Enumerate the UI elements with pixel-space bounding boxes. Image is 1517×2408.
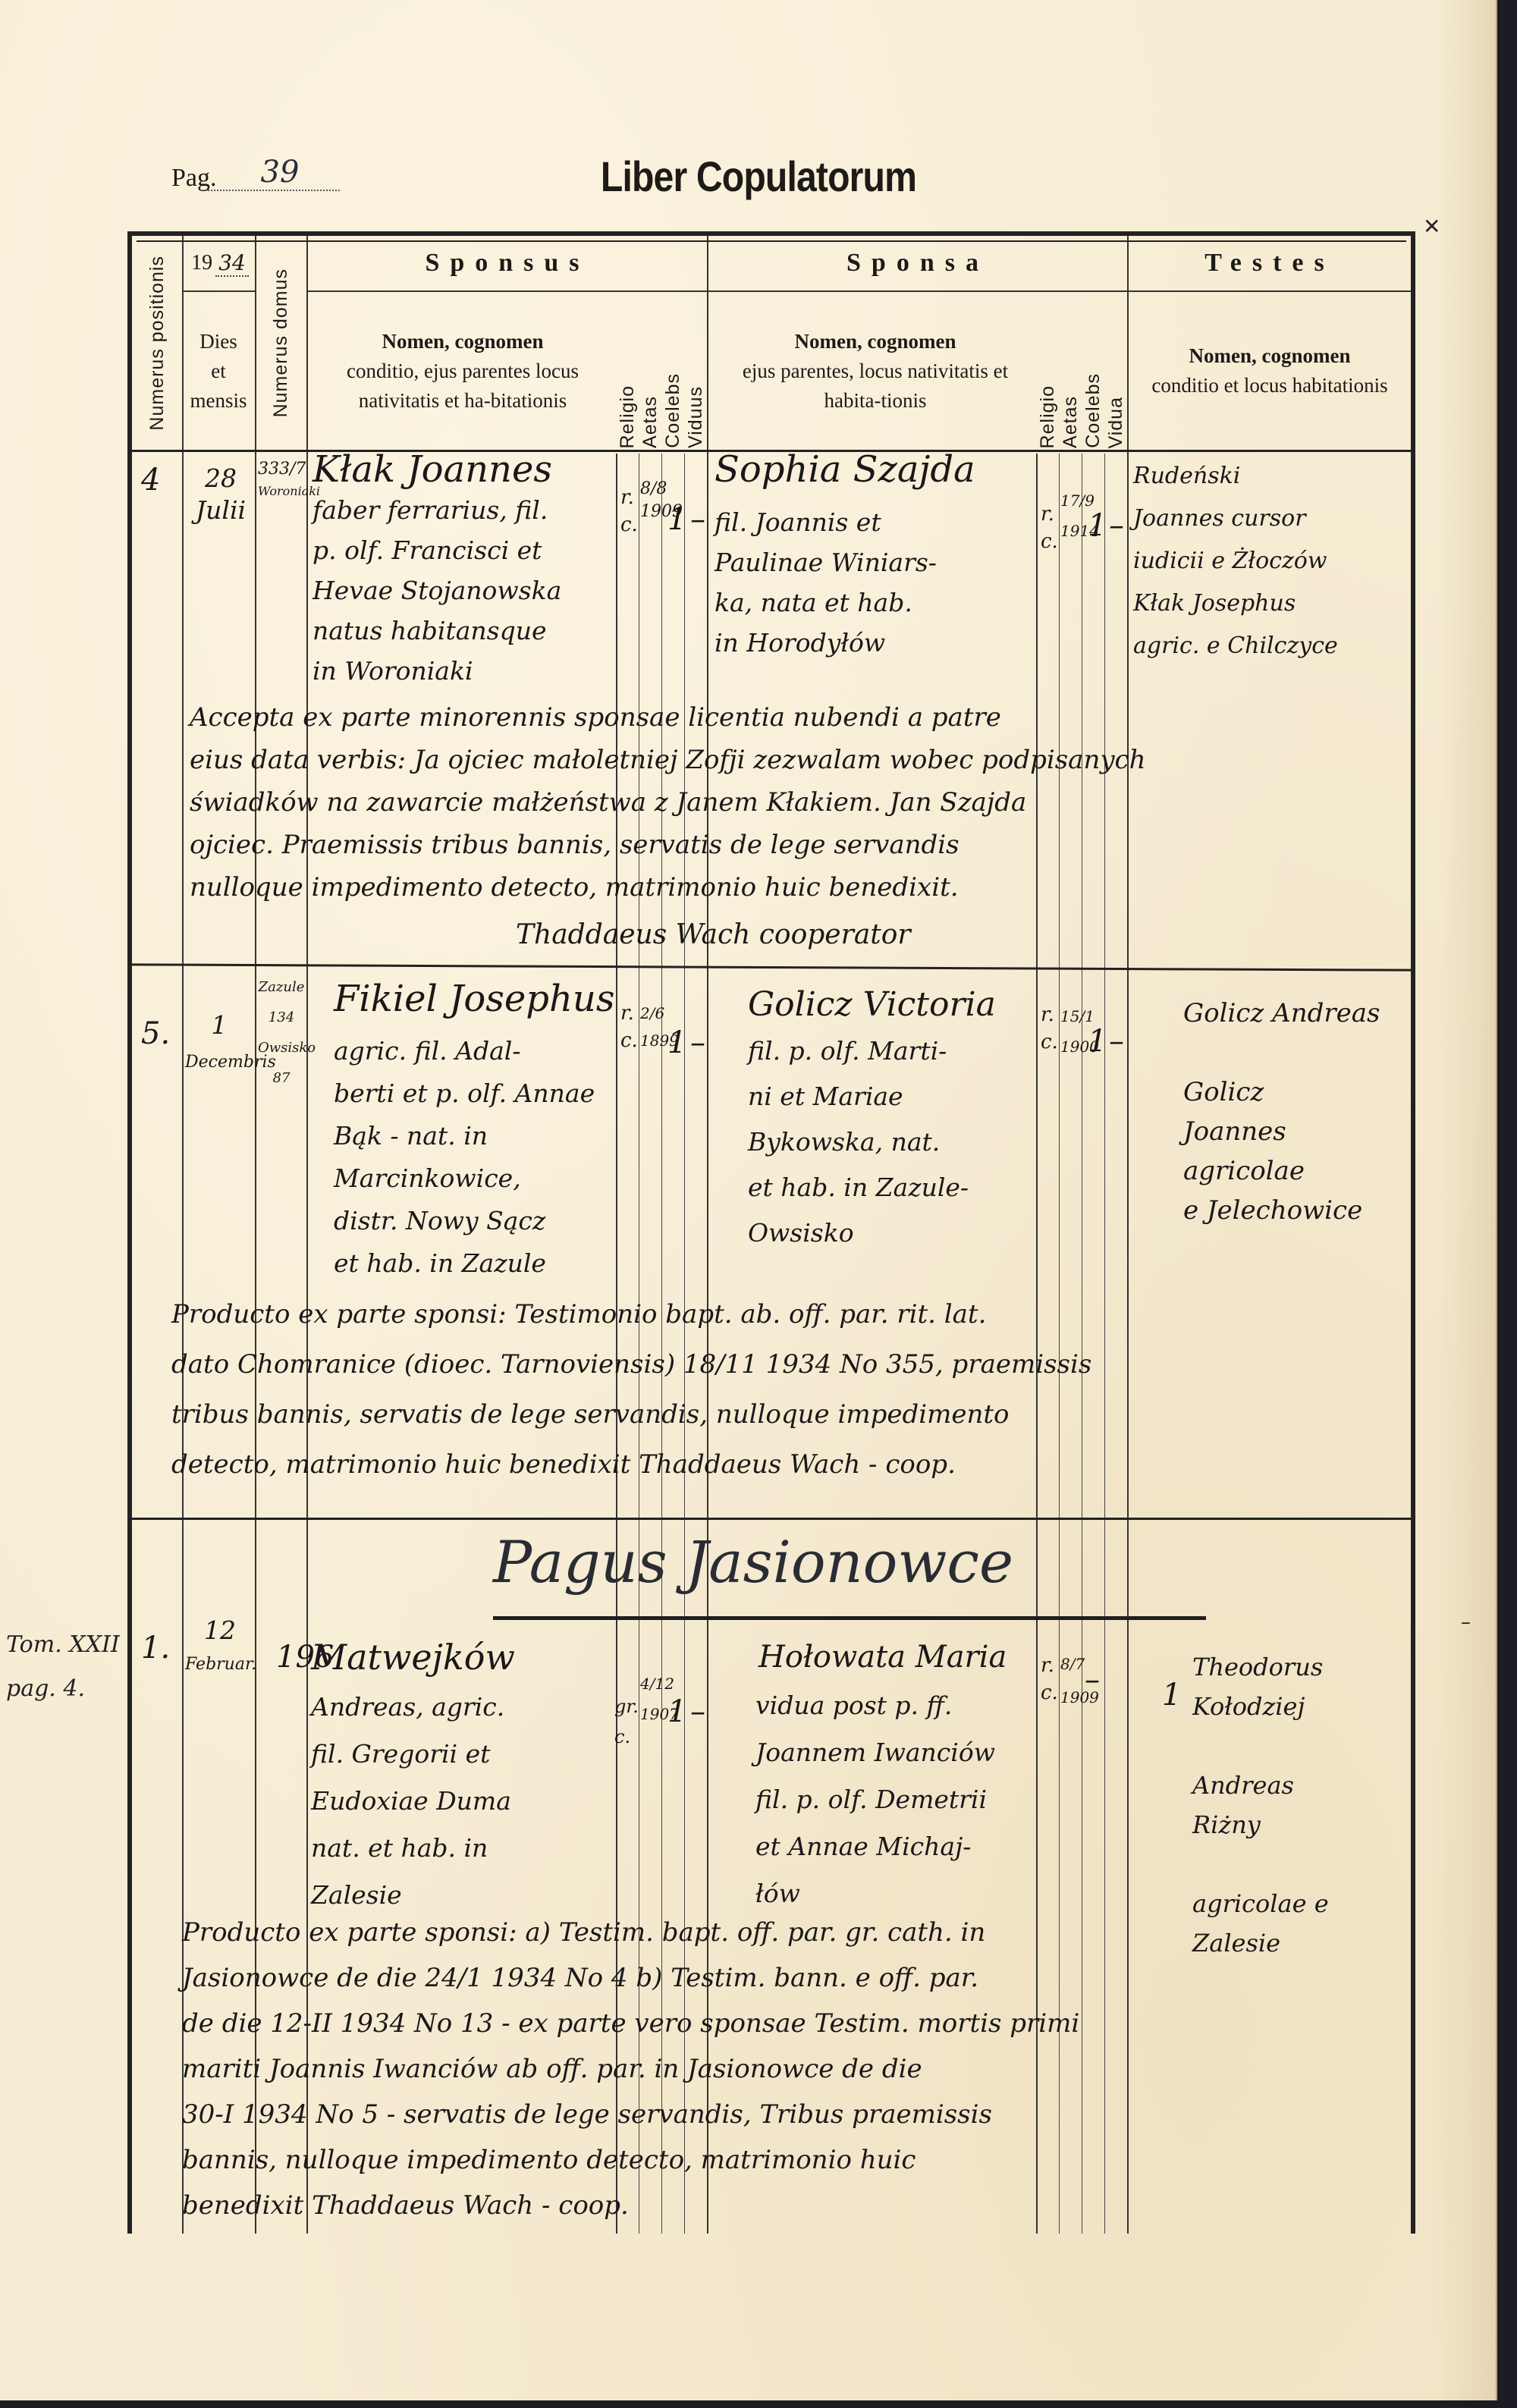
header-testes: Testes	[1129, 236, 1411, 290]
header-sponsa-coelebs: Coelebs	[1082, 312, 1104, 448]
sponsa-coelebs: –	[1085, 1661, 1100, 1699]
sponsa-religio: r. c.	[1041, 1001, 1058, 1056]
header-year: 1934	[182, 236, 255, 290]
header-sponsus: Sponsus	[308, 236, 707, 290]
sponsus-coelebs: 1	[667, 1024, 686, 1062]
sponsus-coelebs: 1	[667, 501, 686, 538]
sponsus-coelebs: 1	[667, 1693, 686, 1731]
sponsus-details: agric. fil. Adal- berti et p. olf. Annae…	[334, 1030, 595, 1285]
register-page: Pag. 39 Liber Copulatorum Tom. XXII pag.…	[0, 0, 1497, 2400]
col-divider	[1127, 236, 1129, 2234]
entry-notes: Accepta ex parte minorennis sponsae lice…	[190, 696, 1146, 909]
entry-divider	[132, 963, 1411, 971]
margin-mark: –	[1461, 1611, 1471, 1634]
sponsus-name: Fikiel Josephus	[334, 980, 614, 1018]
sponsus-details: Andreas, agric. fil. Gregorii et Eudoxia…	[311, 1684, 511, 1919]
margin-note: Tom. XXII pag. 4.	[6, 1623, 120, 1711]
testes: Theodorus Kołodziej Andreas Riżny agrico…	[1192, 1647, 1329, 1963]
header-sponsa-vidua: Vidua	[1104, 312, 1127, 448]
entry-divider	[132, 1518, 1411, 1520]
sponsa-vidua: –	[1109, 1022, 1124, 1060]
sponsus-religio: r. c.	[620, 484, 638, 538]
entry-day: 28 Julii	[190, 463, 252, 526]
header-sponsus-name: Nomen, cognomen conditio, ejus parentes …	[311, 292, 614, 450]
entry-position: 5.	[141, 1015, 170, 1053]
header-dies-et-mensis: Dies et mensis	[182, 292, 255, 450]
district-underline	[493, 1616, 1206, 1620]
header-sponsa-religio: Religio	[1036, 312, 1059, 448]
header-sponsus-viduus: Viduus	[684, 312, 707, 448]
sponsa-coelebs: 1	[1088, 507, 1107, 545]
header-sponsus-religio: Religio	[616, 312, 639, 448]
sponsa-religio: r. c.	[1041, 1652, 1058, 1706]
header-numerus-domus: Numerus domus	[255, 236, 306, 450]
sponsus-religio: gr. c.	[614, 1691, 639, 1752]
testes: Rudeński Joannes cursor iudicii e Żłoczó…	[1133, 455, 1338, 667]
entry-position: 4	[141, 461, 160, 499]
sponsa-religio: r. c.	[1041, 501, 1058, 555]
entry-house: Zazule 134 Owsisko 87	[258, 972, 305, 1094]
sponsus-viduus: –	[690, 501, 705, 538]
sponsa-coelebs: 1	[1088, 1022, 1107, 1060]
sponsus-viduus: –	[690, 1024, 705, 1062]
sponsa-details: fil. Joannis et Paulinae Winiars- ka, na…	[715, 502, 937, 663]
header-sponsa-aetas: Aetas	[1059, 312, 1082, 448]
entry-notes: Producto ex parte sponsi: a) Testim. bap…	[182, 1910, 1079, 2228]
signature: Thaddaeus Wach cooperator	[516, 919, 911, 950]
entry-house: 333/7 Woroniaki	[258, 459, 305, 502]
year-value: 34	[215, 250, 249, 277]
margin-mark: ✕	[1423, 214, 1440, 239]
entry-day: 1 Decembris	[185, 1009, 253, 1079]
sponsa-details: fil. p. olf. Marti- ni et Mariae Bykowsk…	[748, 1028, 969, 1256]
entry-notes: Producto ex parte sponsi: Testimonio bap…	[171, 1289, 1091, 1490]
sponsus-name: Matwejków	[311, 1638, 515, 1676]
header-testes-name: Nomen, cognomen conditio et locus habita…	[1133, 292, 1406, 450]
sponsus-details: faber ferrarius, fil. p. olf. Francisci …	[313, 490, 561, 691]
sponsus-name: Kłak Joannes	[313, 451, 552, 488]
header-sponsus-aetas: Aetas	[639, 312, 661, 448]
district-heading: Pagus Jasionowce	[493, 1528, 1013, 1596]
entry-day: 12 Februar.	[185, 1615, 255, 1680]
sponsa-vidua: –	[1109, 507, 1124, 545]
sponsa-name: Hołowata Maria	[758, 1638, 1007, 1676]
page-title: Liber Copulatorum	[498, 152, 1019, 201]
header-sponsus-coelebs: Coelebs	[661, 312, 684, 448]
sponsus-religio: r. c.	[620, 1000, 638, 1054]
page-number: 39	[205, 155, 340, 191]
sponsa-details: vidua post p. ff. Joannem Iwanciów fil. …	[755, 1682, 995, 1917]
header-sponsa: Sponsa	[708, 236, 1127, 290]
header-sponsa-name: Nomen, cognomen ejus parentes, locus nat…	[716, 292, 1035, 450]
entry-position: 1.	[141, 1629, 170, 1667]
sponsa-name: Golicz Victoria	[748, 986, 996, 1024]
testes: Golicz Andreas Golicz Joannes agricolae …	[1183, 994, 1380, 1230]
header-numerus-positionis: Numerus positionis	[132, 236, 182, 450]
sponsus-viduus: –	[690, 1693, 705, 1731]
sponsa-name: Sophia Szajda	[715, 451, 975, 488]
sponsa-vidua: 1	[1162, 1676, 1181, 1714]
